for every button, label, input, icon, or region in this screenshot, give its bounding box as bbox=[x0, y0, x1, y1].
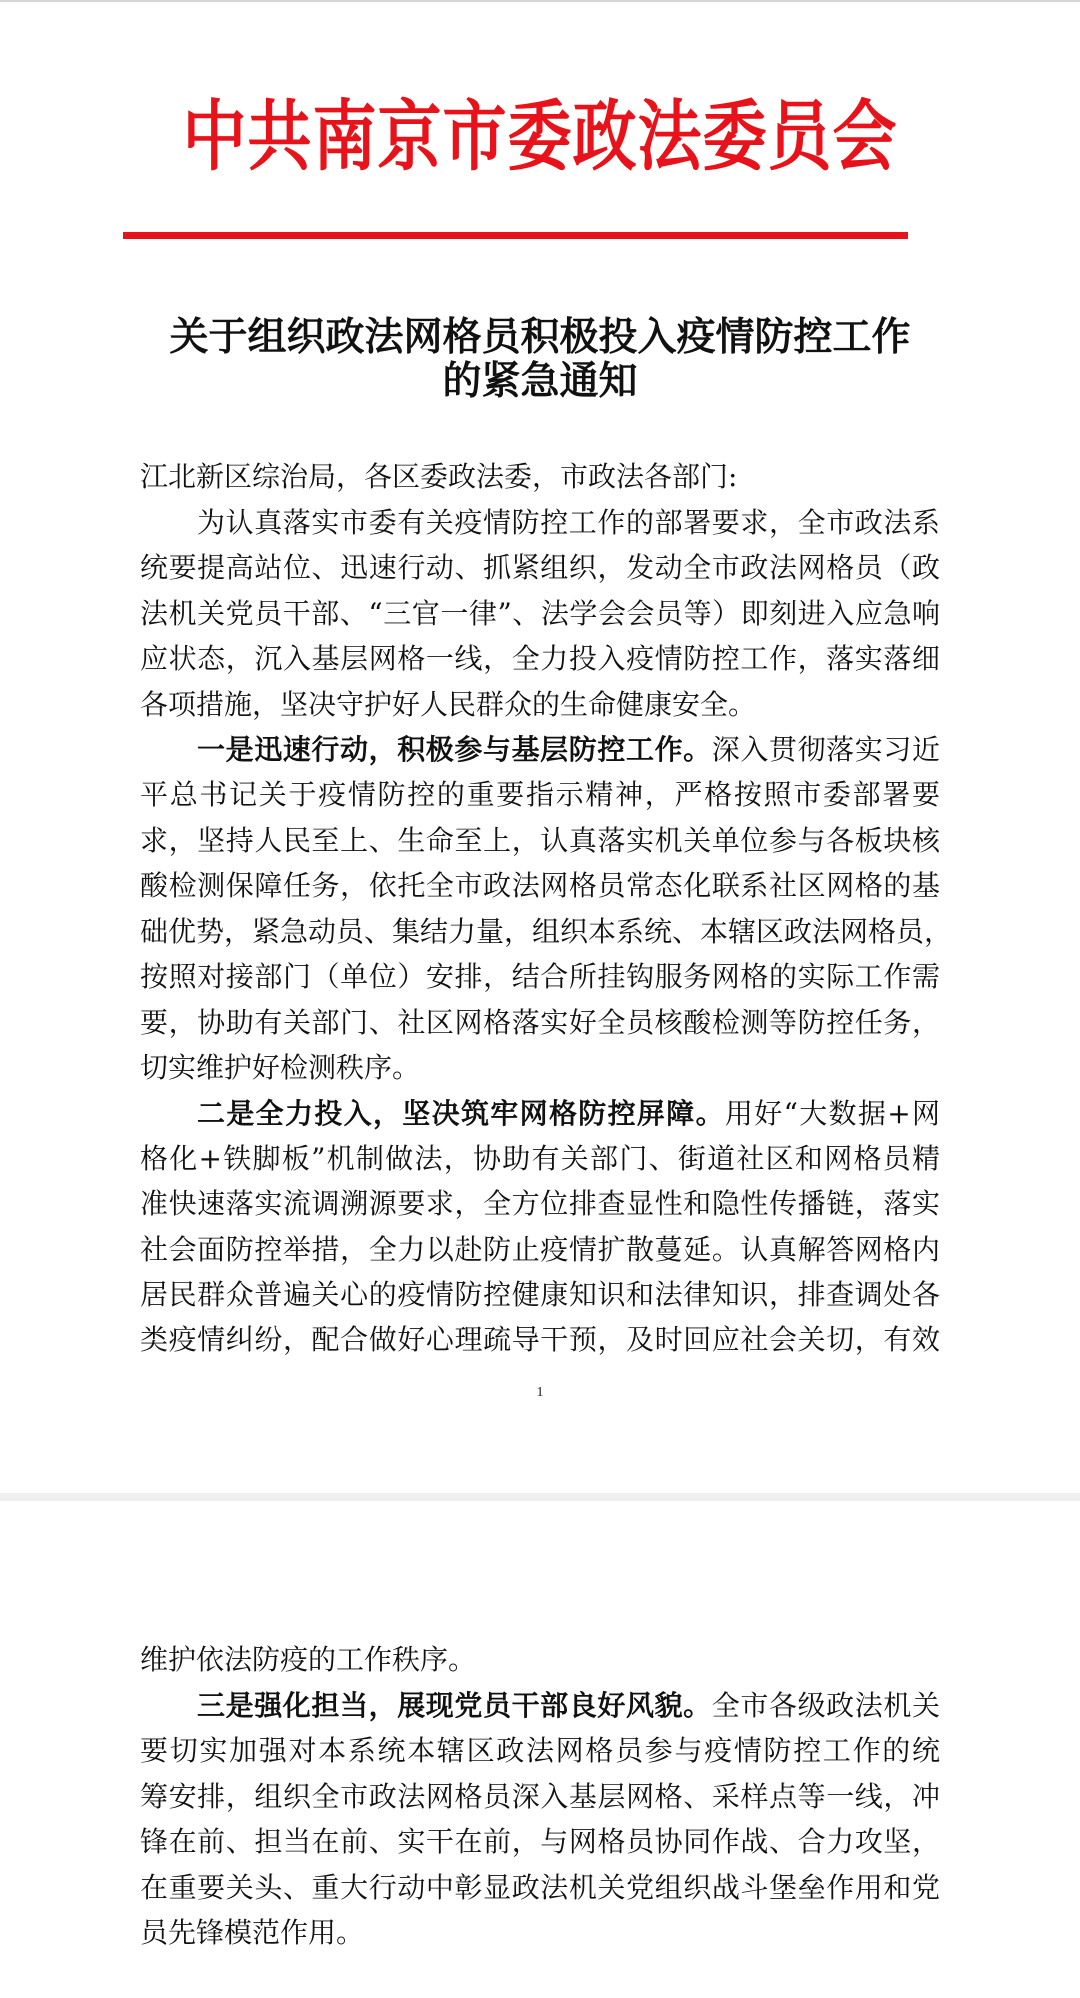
paragraph-4-lead-heading: 三是强化担当，展现党员干部良好风貌。 bbox=[197, 1689, 712, 1722]
paragraph-1-line: 统要提高站位、迅速行动、抓紧组织，发动全市政法网格员（政 bbox=[140, 546, 940, 590]
paragraph-1-line: 各项措施，坚决守护好人民群众的生命健康安全。 bbox=[140, 683, 940, 727]
paragraph-3-line: 格化+铁脚板”机制做法，协助有关部门、街道社区和网格员精 bbox=[140, 1137, 940, 1181]
paragraph-3-text: 用好“大数据+网 bbox=[725, 1097, 940, 1130]
paragraph-1-line: 应状态，沉入基层网格一线，全力投入疫情防控工作，落实落细 bbox=[140, 637, 940, 681]
paragraph-3-lead-heading: 二是全力投入，坚决筑牢网格防控屏障。 bbox=[197, 1097, 725, 1130]
paragraph-1-line: 为认真落实市委有关疫情防控工作的部署要求，全市政法系 bbox=[140, 501, 940, 545]
paragraph-2-text: 深入贯彻落实习近 bbox=[712, 733, 940, 766]
paragraph-2-first-line: 一是迅速行动，积极参与基层防控工作。深入贯彻落实习近 bbox=[140, 728, 940, 772]
paragraph-4-line: 要切实加强对本系统本辖区政法网格员参与疫情防控工作的统 bbox=[140, 1729, 940, 1773]
paragraph-1-line: 法机关党员干部、“三官一律”、法学会会员等）即刻进入应急响 bbox=[140, 592, 940, 636]
paragraph-4-text: 全市各级政法机关 bbox=[712, 1689, 940, 1722]
document-heading-line-1: 关于组织政法网格员积极投入疫情防控工作 bbox=[120, 315, 960, 359]
paragraph-3-line: 准快速落实流调溯源要求，全方位排查显性和隐性传播链，落实 bbox=[140, 1182, 940, 1226]
document-heading-line-2: 的紧急通知 bbox=[120, 359, 960, 403]
paragraph-3-line: 类疫情纠纷，配合做好心理疏导干预，及时回应社会关切，有效 bbox=[140, 1318, 940, 1362]
paragraph-2-line: 酸检测保障任务，依托全市政法网格员常态化联系社区网格的基 bbox=[140, 864, 940, 908]
paragraph-3-line: 居民群众普遍关心的疫情防控健康知识和法律知识，排查调处各 bbox=[140, 1273, 940, 1317]
paragraph-2-line: 要，协助有关部门、社区网格落实好全员核酸检测等防控任务， bbox=[140, 1001, 940, 1045]
paragraph-2-line: 按照对接部门（单位）安排，结合所挂钩服务网格的实际工作需 bbox=[140, 955, 940, 999]
paragraph-2-line: 切实维护好检测秩序。 bbox=[140, 1046, 940, 1090]
salutation: 江北新区综治局，各区委政法委，市政法各部门: bbox=[140, 455, 940, 499]
paragraph-3-first-line: 二是全力投入，坚决筑牢网格防控屏障。用好“大数据+网 bbox=[140, 1092, 940, 1136]
organization-letterhead-title: 中共南京市委政法委员会 bbox=[120, 83, 960, 193]
paragraph-2-lead-heading: 一是迅速行动，积极参与基层防控工作。 bbox=[197, 733, 712, 766]
carryover-line: 维护依法防疫的工作秩序。 bbox=[140, 1638, 940, 1682]
paragraph-4-line: 员先锋模范作用。 bbox=[140, 1911, 940, 1955]
page-separator bbox=[0, 1493, 1080, 1501]
page-number: 1 bbox=[520, 1385, 560, 1401]
red-header-rule bbox=[123, 232, 908, 239]
paragraph-4-line: 筹安排，组织全市政法网格员深入基层网格、采样点等一线，冲 bbox=[140, 1775, 940, 1819]
paragraph-3-line: 社会面防控举措，全力以赴防止疫情扩散蔓延。认真解答网格内 bbox=[140, 1228, 940, 1272]
paragraph-4-first-line: 三是强化担当，展现党员干部良好风貌。全市各级政法机关 bbox=[140, 1684, 940, 1728]
paragraph-2-line: 平总书记关于疫情防控的重要指示精神，严格按照市委部署要 bbox=[140, 773, 940, 817]
paragraph-2-line: 础优势，紧急动员、集结力量，组织本系统、本辖区政法网格员， bbox=[140, 910, 940, 954]
paragraph-4-line: 在重要关头、重大行动中彰显政法机关党组织战斗堡垒作用和党 bbox=[140, 1866, 940, 1910]
paragraph-2-line: 求，坚持人民至上、生命至上，认真落实机关单位参与各板块核 bbox=[140, 819, 940, 863]
paragraph-4-line: 锋在前、担当在前、实干在前，与网格员协同作战、合力攻坚， bbox=[140, 1820, 940, 1864]
